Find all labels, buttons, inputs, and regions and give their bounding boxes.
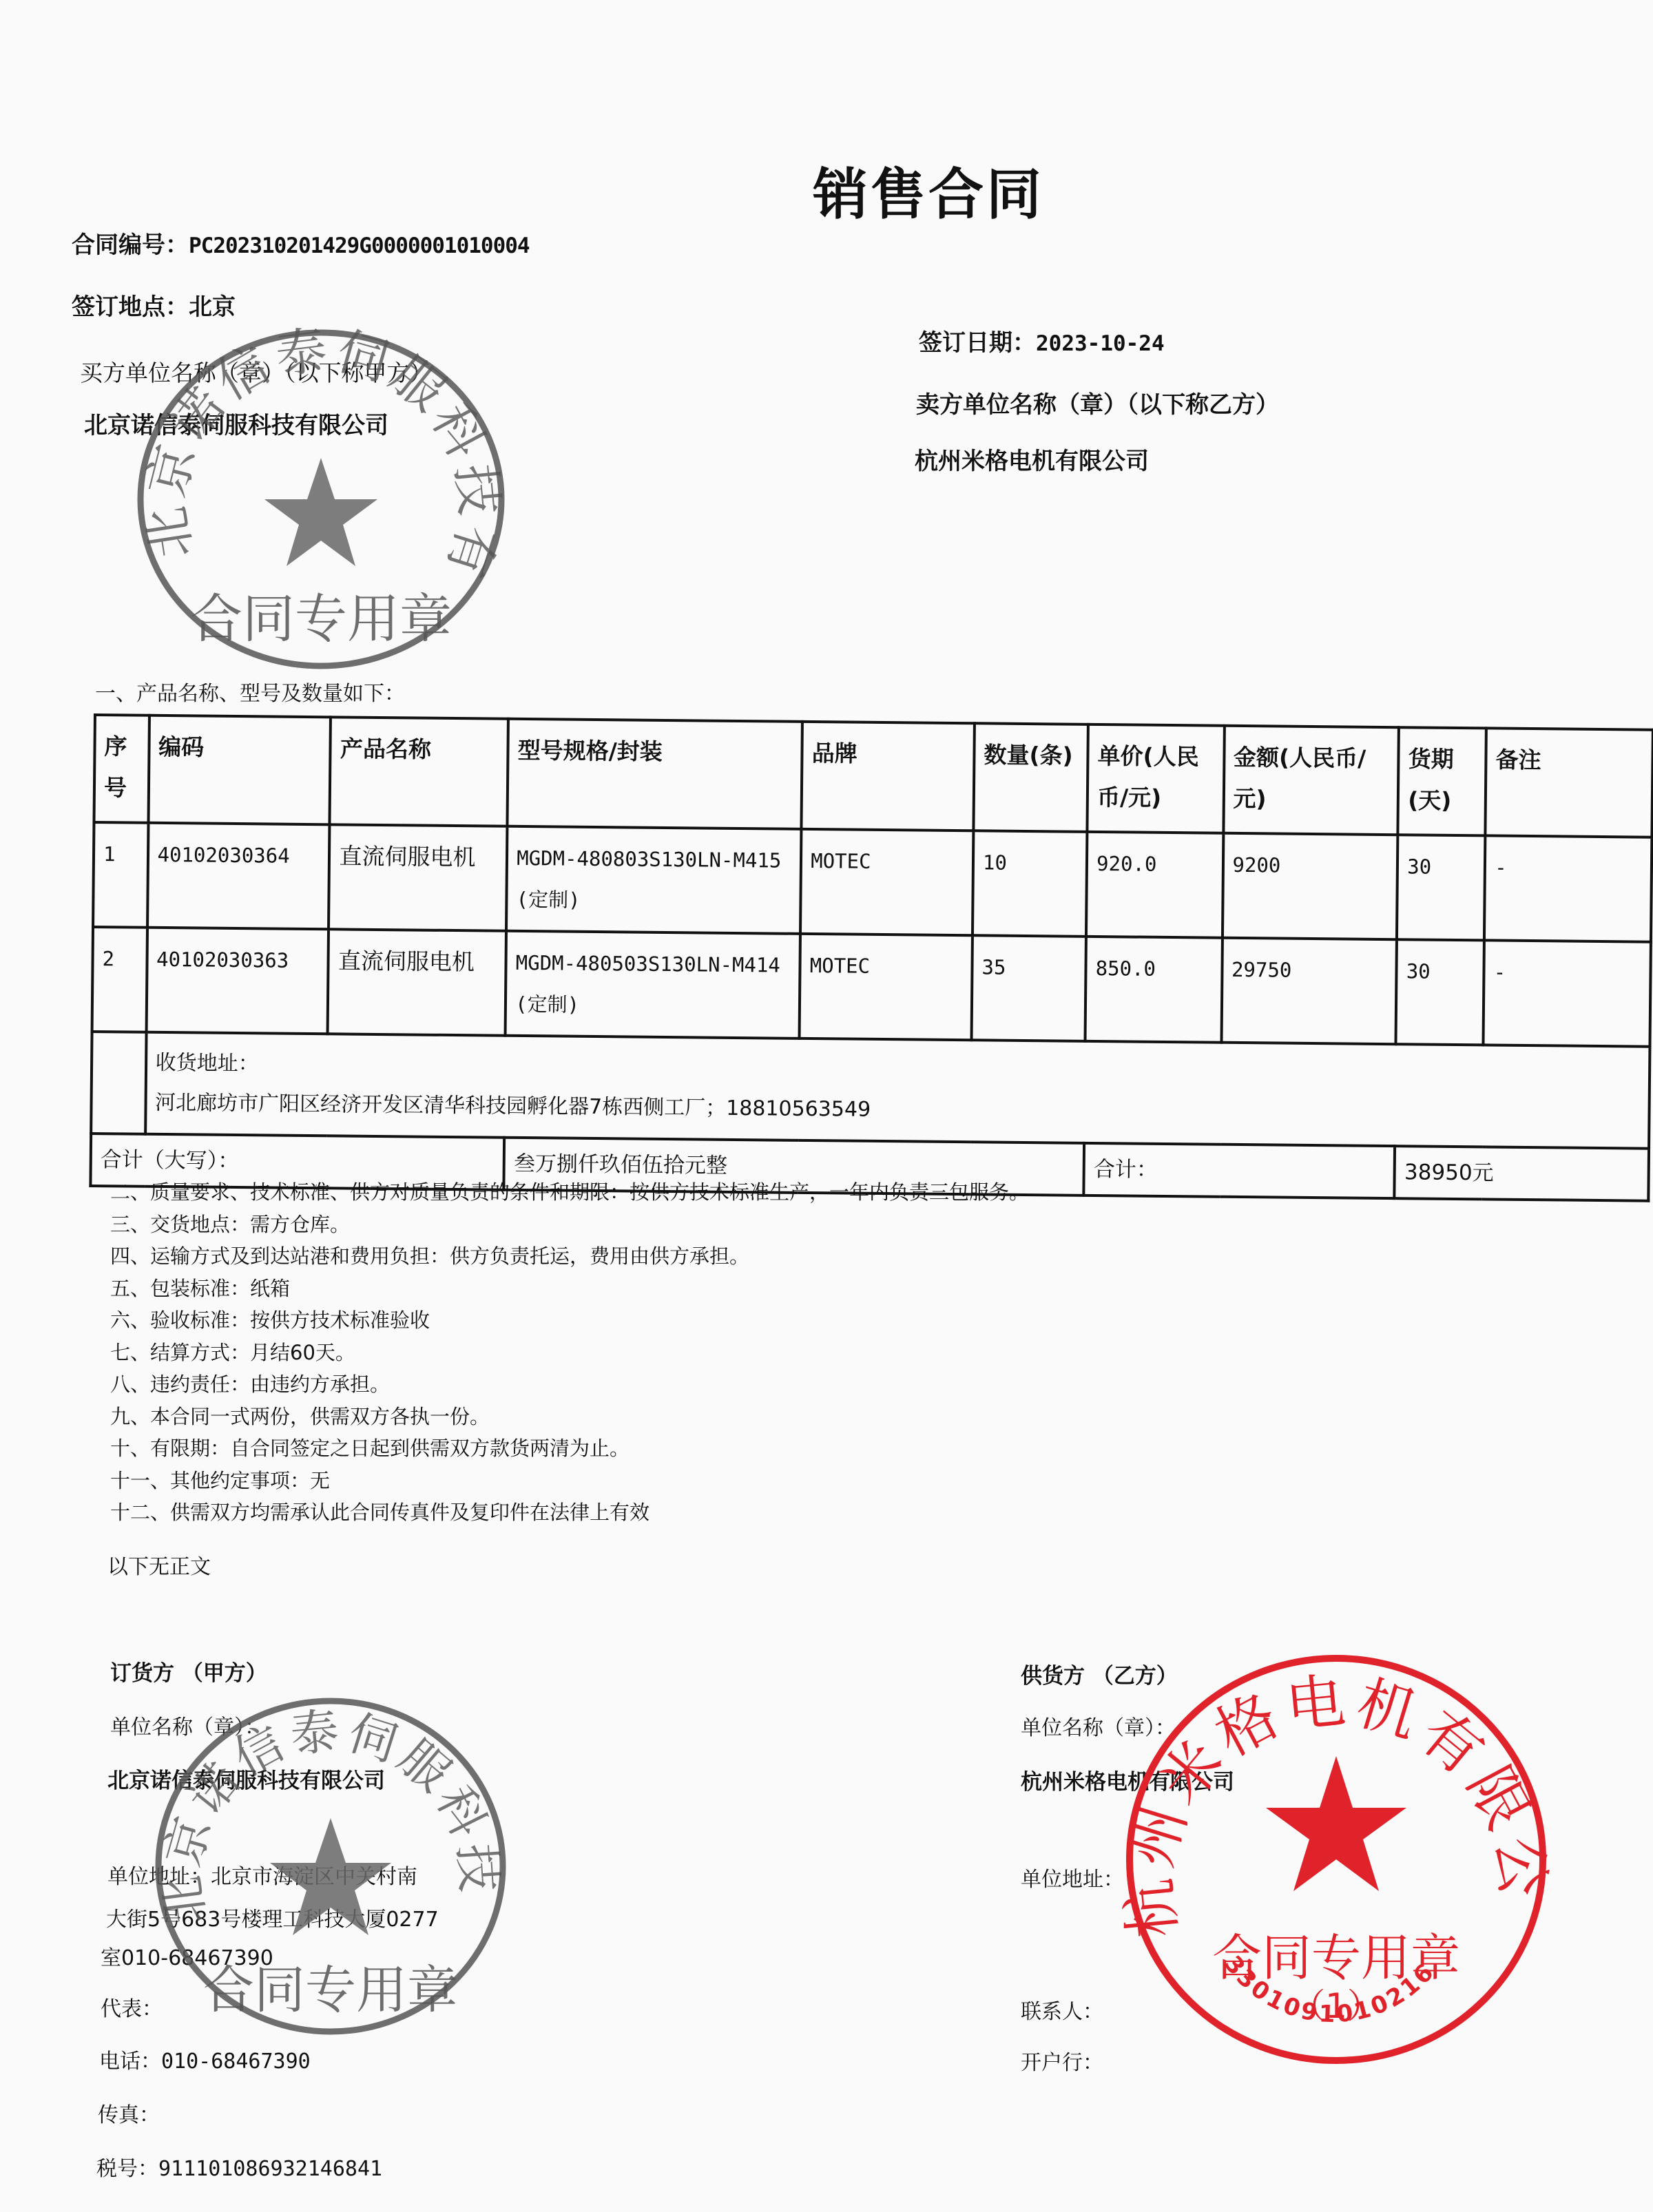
buyer-name: 北京诺信泰伺服科技有限公司 — [84, 406, 388, 440]
cell-brand: MOTEC — [800, 829, 973, 935]
cell-name: 直流伺服电机 — [329, 824, 507, 930]
end-note: 以下无正文 — [107, 1550, 211, 1580]
sign-place: 签订地点：北京 — [72, 288, 236, 322]
party-b-bank-label: 开户行： — [1021, 2045, 1103, 2076]
buyer-seal-top-type: 合同专用章 — [190, 588, 452, 649]
document-title: 销售合同 — [813, 150, 1044, 229]
party-a-address-line3: 室010-68467390 — [101, 1941, 273, 1971]
party-a-phone-value: 010-68467390 — [161, 2049, 311, 2074]
cell-remark: - — [1484, 835, 1652, 941]
sign-place-value: 北京 — [189, 293, 236, 321]
cell-model: MGDM-480503S130LN-M414(定制) — [506, 931, 800, 1039]
party-b-heading: 供货方 （乙方） — [1021, 1658, 1178, 1689]
svg-text:3301091010216: 3301091010216 — [1218, 1951, 1441, 2029]
term-item: 三、交货地点：需方仓库。 — [110, 1209, 1029, 1241]
cell-code: 40102030363 — [146, 928, 329, 1034]
sign-date-value: 2023-10-24 — [1036, 331, 1165, 356]
term-item: 九、本合同一式两份，供需双方各执一份。 — [110, 1401, 1029, 1433]
party-a-address-line1: 北京市海淀区中关村南 — [211, 1865, 417, 1889]
cell-unit-price: 920.0 — [1086, 832, 1223, 938]
table-header-row: 序号 编码 产品名称 型号规格/封装 品牌 数量(条) 单价(人民币/元) 金额… — [94, 715, 1652, 837]
section1-heading: 一、产品名称、型号及数量如下： — [95, 676, 405, 707]
table-row: 1 40102030364 直流伺服电机 MGDM-480803S130LN-M… — [93, 822, 1652, 942]
cell-brand: MOTEC — [800, 934, 973, 1040]
party-a-address-label: 单位地址： — [107, 1865, 211, 1889]
party-a-tax-label: 税号： — [96, 2157, 158, 2181]
contract-number-label: 合同编号： — [72, 231, 189, 259]
cell-no: 2 — [92, 927, 147, 1032]
party-b-name-label: 单位名称（章）： — [1021, 1711, 1176, 1741]
term-item: 七、结算方式：月结60天。 — [110, 1337, 1029, 1369]
cell-code: 40102030364 — [147, 823, 330, 930]
col-header: 货期(天) — [1398, 727, 1486, 835]
delivery-address-cell: 收货地址： 河北廊坊市广阳区经济开发区清华科技园孵化器7栋西侧工厂；188105… — [145, 1032, 1650, 1149]
seller-seal-index: （1） — [1291, 1986, 1382, 2026]
seller-seal-type: 合同专用章 — [1212, 1929, 1460, 1987]
col-header: 编码 — [148, 716, 331, 825]
delivery-address-row: 收货地址： 河北廊坊市广阳区经济开发区清华科技园孵化器7栋西侧工厂；188105… — [91, 1032, 1650, 1149]
party-a-phone: 电话：010-68467390 — [99, 2044, 311, 2074]
cell-lead-days: 30 — [1396, 939, 1484, 1045]
cell-model: MGDM-480803S130LN-M415(定制) — [506, 826, 801, 934]
party-a-rep-label: 代表： — [101, 1992, 163, 2022]
sign-place-label: 签订地点： — [72, 293, 189, 321]
term-item: 八、违约责任：由违约方承担。 — [110, 1368, 1029, 1401]
party-b-address-label: 单位地址： — [1021, 1862, 1124, 1892]
col-header: 备注 — [1486, 728, 1653, 837]
table-row: 2 40102030363 直流伺服电机 MGDM-480503S130LN-M… — [92, 927, 1651, 1047]
term-item: 十一、其他约定事项：无 — [110, 1465, 1029, 1497]
cell-qty: 10 — [973, 831, 1088, 937]
seller-label: 卖方单位名称（章）（以下称乙方） — [916, 386, 1279, 419]
party-a-tax: 税号：911101086932146841 — [96, 2151, 382, 2182]
party-a-name-label: 单位名称（章）： — [110, 1710, 265, 1740]
party-b-name: 杭州米格电机有限公司 — [1021, 1764, 1234, 1795]
party-a-tax-value: 911101086932146841 — [158, 2157, 382, 2181]
cell-amount: 29750 — [1221, 938, 1397, 1044]
col-header: 型号规格/封装 — [508, 719, 802, 829]
cell-name: 直流伺服电机 — [328, 929, 506, 1035]
party-b-contact-label: 联系人： — [1021, 1994, 1103, 2025]
buyer-label: 买方单位名称（章）（以下称甲方） — [80, 355, 433, 388]
seller-seal: 杭州米格电机有限公司 合同专用章 （1） 3301091010216 — [1109, 1646, 1550, 2073]
cell-amount: 9200 — [1222, 833, 1397, 939]
party-a-phone-label: 电话： — [99, 2049, 161, 2074]
party-a-name: 北京诺信泰伺服科技有限公司 — [107, 1763, 385, 1794]
sign-date-label: 签订日期： — [919, 329, 1036, 357]
contract-number-value: PC202310201429G0000001010004 — [189, 233, 530, 258]
total-label: 合计： — [1084, 1143, 1395, 1198]
term-item: 十二、供需双方均需承认此合同传真件及复印件在法律上有效 — [110, 1496, 1029, 1529]
party-a-address: 单位地址：北京市海淀区中关村南 — [107, 1859, 417, 1890]
col-header: 序号 — [94, 715, 149, 823]
star-icon — [1266, 1756, 1406, 1891]
star-icon — [264, 458, 377, 566]
party-a-fax-label: 传真： — [98, 2098, 160, 2128]
seller-seal-code: 3301091010216 — [1218, 1951, 1441, 2029]
cell-qty: 35 — [972, 935, 1087, 1041]
total-value: 38950元 — [1395, 1146, 1649, 1201]
party-a-address-line2: 大街5号683号楼理工科技大厦0277 — [106, 1902, 439, 1932]
cell-unit-price: 850.0 — [1085, 937, 1223, 1043]
col-header: 数量(条) — [973, 723, 1088, 832]
cell-lead-days: 30 — [1397, 835, 1485, 940]
contract-number: 合同编号：PC202310201429G0000001010004 — [72, 226, 530, 260]
col-header: 金额(人民币/元) — [1223, 726, 1399, 835]
col-header: 品牌 — [802, 722, 975, 831]
cell-remark: - — [1484, 940, 1651, 1046]
col-header: 单价(人民币/元) — [1088, 724, 1225, 833]
term-item: 四、运输方式及到达站港和费用负担：供方负责托运，费用由供方承担。 — [110, 1240, 1029, 1273]
term-item: 二、质量要求、技术标准、供方对质量负责的条件和期限：按供方技术标准生产，一年内负… — [110, 1176, 1029, 1209]
product-table: 序号 编码 产品名称 型号规格/封装 品牌 数量(条) 单价(人民币/元) 金额… — [89, 713, 1653, 1202]
terms-list: 二、质量要求、技术标准、供方对质量负责的条件和期限：按供方技术标准生产，一年内负… — [110, 1176, 1029, 1529]
seller-name: 杭州米格电机有限公司 — [915, 442, 1149, 476]
term-item: 五、包装标准：纸箱 — [110, 1273, 1029, 1305]
delivery-spacer — [91, 1032, 146, 1134]
term-item: 六、验收标准：按供方技术标准验收 — [110, 1304, 1029, 1337]
cell-no: 1 — [93, 822, 148, 928]
col-header: 产品名称 — [330, 717, 508, 826]
party-a-heading: 订货方 （甲方） — [110, 1656, 267, 1687]
term-item: 十、有限期：自合同签定之日起到供需双方款货两清为止。 — [110, 1432, 1029, 1465]
sign-date: 签订日期：2023-10-24 — [919, 324, 1165, 357]
cutoff-line — [90, 2198, 572, 2212]
